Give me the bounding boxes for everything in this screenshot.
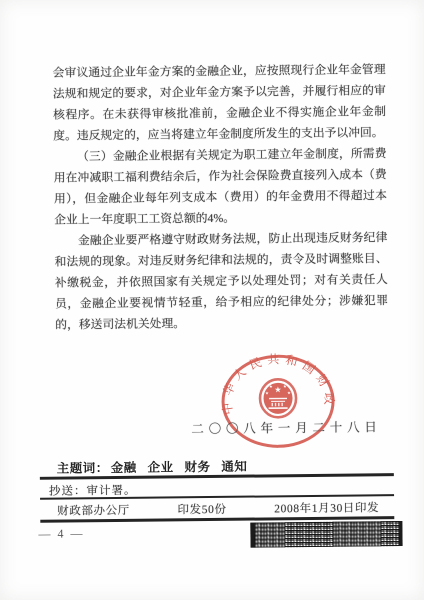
cc-value: 审计署。: [86, 485, 136, 498]
cc-label: 抄送：: [49, 485, 87, 497]
print-date: 2008年1月30日印发: [274, 499, 379, 516]
svg-text:★: ★: [269, 384, 273, 389]
national-emblem-icon: ★ ★ ★ ★ ★: [260, 379, 296, 417]
page-content: 会审议通过企业年金方案的金融企业，应按照现行企业年金管理法规和规定的要求，对企业…: [0, 0, 424, 600]
subject-terms: 金融 企业 财务 通知: [111, 460, 248, 475]
page-number: — 4 —: [38, 526, 84, 541]
subject-keywords-row: 主题词：金融 企业 财务 通知: [57, 457, 248, 477]
svg-text:★: ★: [265, 390, 269, 395]
svg-text:★: ★: [287, 390, 291, 395]
subject-label: 主题词：: [57, 461, 109, 476]
document-date: 二〇〇八年一月二十八日: [191, 417, 411, 437]
issuing-office: 财政部办公厅: [57, 502, 130, 519]
svg-text:★: ★: [274, 385, 281, 394]
svg-text:★: ★: [283, 384, 287, 389]
paragraph-item-3: （三）金融企业根据有关规定为职工建立年金制度，所需费用在冲减职工福利费结余后，作…: [53, 143, 387, 230]
barcode-2d: [250, 521, 402, 548]
body-text: 会审议通过企业年金方案的金融企业，应按照现行企业年金管理法规和规定的要求，对企业…: [53, 59, 389, 335]
scanned-document-page: 会审议通过企业年金方案的金融企业，应按照现行企业年金管理法规和规定的要求，对企业…: [0, 0, 424, 600]
issue-info-row: 财政部办公厅 印发50份 2008年1月30日印发: [57, 499, 379, 518]
paragraph-discipline: 金融企业要严格遵守财政财务法规，防止出现违反财务纪律和法规的现象。对违反财务纪律…: [54, 227, 388, 335]
print-copies: 印发50份: [177, 501, 226, 518]
paragraph-continuation: 会审议通过企业年金方案的金融企业，应按照现行企业年金管理法规和规定的要求，对企业…: [53, 59, 387, 146]
